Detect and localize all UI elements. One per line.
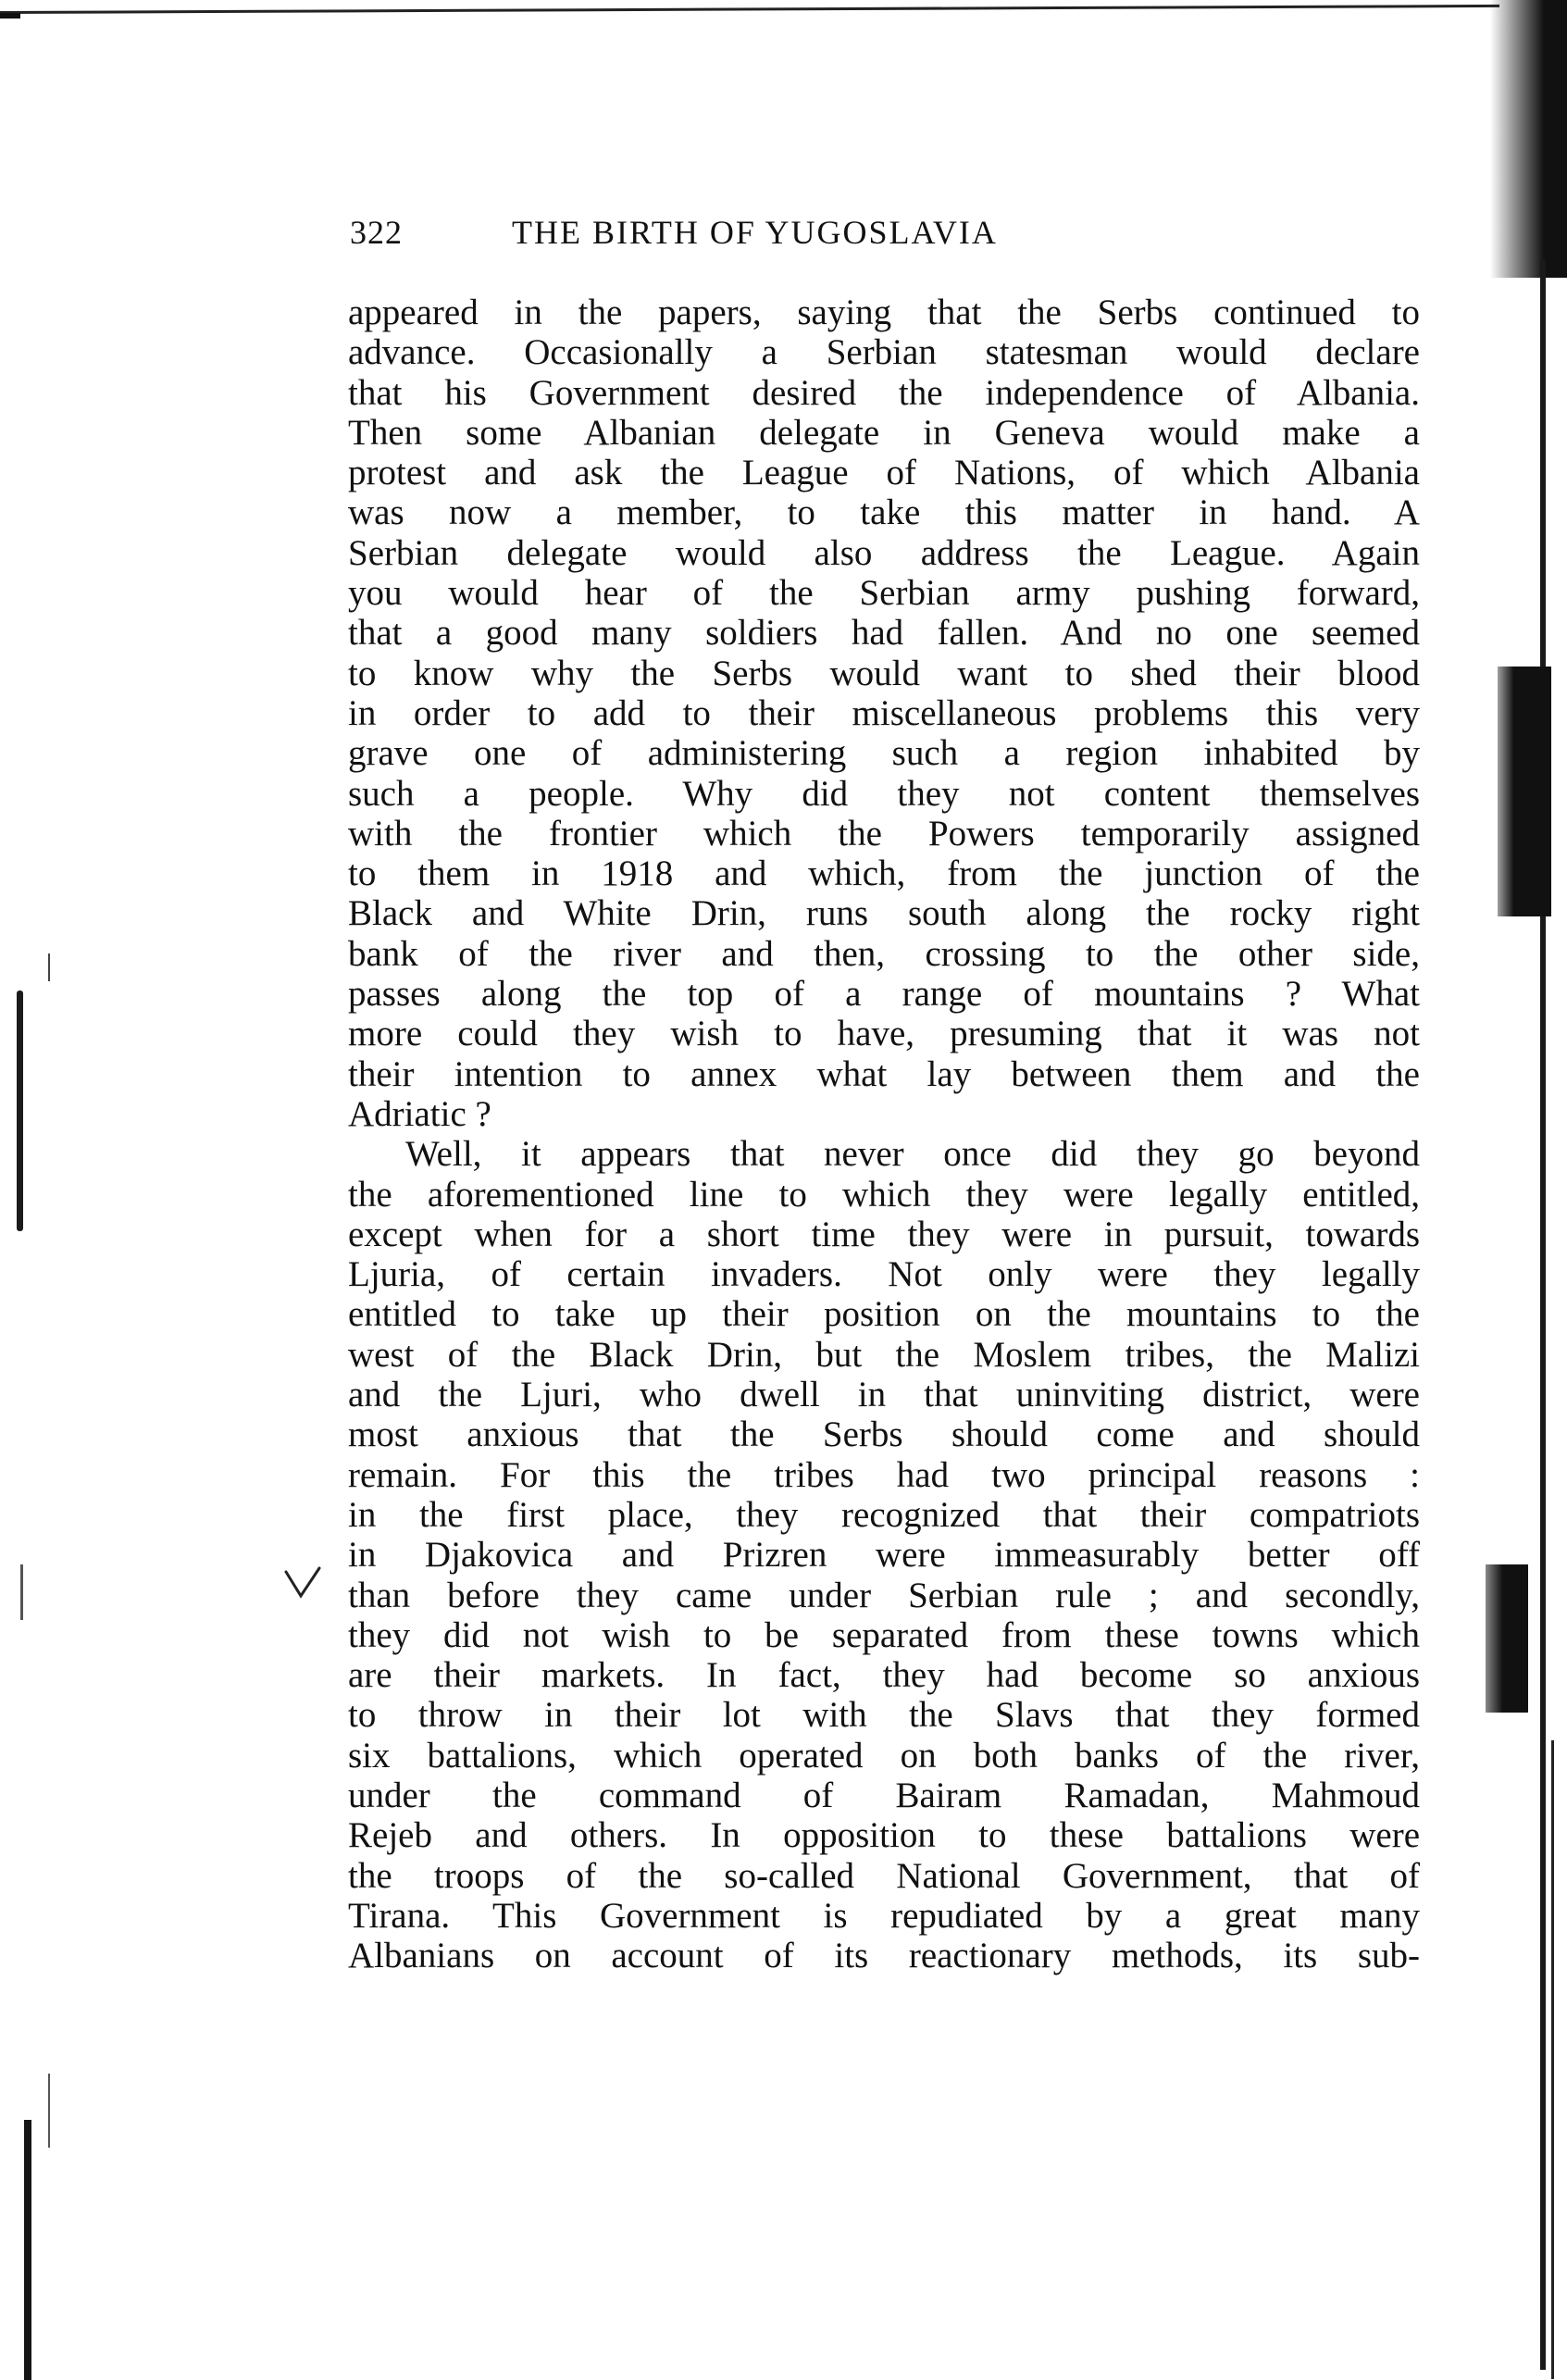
text-line: they did not wish to be separated from t… bbox=[348, 1615, 1420, 1655]
text-line: advance. Occasionally a Serbian statesma… bbox=[348, 332, 1420, 372]
text-line: Well, it appears that never once did the… bbox=[348, 1134, 1420, 1174]
text-line: Then some Albanian delegate in Geneva wo… bbox=[348, 413, 1420, 453]
text-line: to throw in their lot with the Slavs tha… bbox=[348, 1695, 1420, 1735]
binding-shadow-lower bbox=[1486, 1564, 1528, 1713]
text-line: you would hear of the Serbian army pushi… bbox=[348, 573, 1420, 613]
text-line: are their markets. In fact, they had bec… bbox=[348, 1655, 1420, 1695]
text-line: bank of the river and then, crossing to … bbox=[348, 934, 1420, 974]
text-line: Ljuria, of certain invaders. Not only we… bbox=[348, 1254, 1420, 1294]
text-line: was now a member, to take this matter in… bbox=[348, 492, 1420, 532]
paragraph-1: appeared in the papers, saying that the … bbox=[348, 293, 1420, 1134]
text-line: Serbian delegate would also address the … bbox=[348, 533, 1420, 573]
text-line: and the Ljuri, who dwell in that uninvit… bbox=[348, 1375, 1420, 1414]
text-line: six battalions, which operated on both b… bbox=[348, 1736, 1420, 1776]
left-page-edge-mark bbox=[17, 991, 23, 1231]
text-line: that his Government desired the independ… bbox=[348, 373, 1420, 413]
text-line: passes along the top of a range of mount… bbox=[348, 974, 1420, 1014]
paragraph-2: Well, it appears that never once did the… bbox=[348, 1134, 1420, 1975]
text-line: to them in 1918 and which, from the junc… bbox=[348, 854, 1420, 893]
left-page-edge-mark bbox=[48, 953, 50, 981]
text-line: with the frontier which the Powers tempo… bbox=[348, 814, 1420, 854]
book-page: 322 THE BIRTH OF YUGOSLAVIA appeared in … bbox=[0, 0, 1567, 2380]
page-number: 322 bbox=[350, 213, 403, 252]
text-line: Adriatic ? bbox=[348, 1094, 1420, 1134]
left-page-edge-mark bbox=[20, 1564, 23, 1620]
binding-shadow-top bbox=[1490, 0, 1567, 278]
text-line: appeared in the papers, saying that the … bbox=[348, 293, 1420, 332]
checkmark-icon bbox=[282, 1564, 324, 1601]
running-head: 322 THE BIRTH OF YUGOSLAVIA bbox=[350, 213, 1414, 259]
text-line: to know why the Serbs would want to shed… bbox=[348, 654, 1420, 693]
text-line: in Djakovica and Prizren were immeasurab… bbox=[348, 1535, 1420, 1575]
text-line: except when for a short time they were i… bbox=[348, 1215, 1420, 1254]
text-line: than before they came under Serbian rule… bbox=[348, 1576, 1420, 1615]
text-line: under the command of Bairam Ramadan, Mah… bbox=[348, 1776, 1420, 1815]
text-line: the aforementioned line to which they we… bbox=[348, 1175, 1420, 1215]
text-line: more could they wish to have, presuming … bbox=[348, 1014, 1420, 1053]
binding-edge-lower bbox=[1551, 1740, 1554, 2379]
body-text: appeared in the papers, saying that the … bbox=[348, 293, 1420, 1975]
text-line: Black and White Drin, runs south along t… bbox=[348, 893, 1420, 933]
text-line: the troops of the so-called National Gov… bbox=[348, 1856, 1420, 1896]
text-line: that a good many soldiers had fallen. An… bbox=[348, 613, 1420, 653]
text-line: Rejeb and others. In opposition to these… bbox=[348, 1815, 1420, 1855]
left-page-edge-mark bbox=[24, 2120, 31, 2380]
left-page-edge-mark bbox=[48, 2074, 50, 2148]
text-line: Tirana. This Government is repudiated by… bbox=[348, 1896, 1420, 1936]
text-line: Albanians on account of its reactionary … bbox=[348, 1936, 1420, 1975]
text-line: protest and ask the League of Nations, o… bbox=[348, 453, 1420, 492]
text-line: most anxious that the Serbs should come … bbox=[348, 1414, 1420, 1454]
text-line: in order to add to their miscellaneous p… bbox=[348, 693, 1420, 733]
book-title: THE BIRTH OF YUGOSLAVIA bbox=[512, 213, 998, 252]
text-line: in the first place, they recognized that… bbox=[348, 1495, 1420, 1535]
binding-shadow-middle bbox=[1498, 667, 1551, 916]
page-corner-shadow bbox=[0, 13, 20, 19]
text-line: entitled to take up their position on th… bbox=[348, 1294, 1420, 1334]
text-line: such a people. Why did they not content … bbox=[348, 774, 1420, 814]
text-line: west of the Black Drin, but the Moslem t… bbox=[348, 1335, 1420, 1375]
page-top-edge bbox=[0, 5, 1499, 14]
text-line: remain. For this the tribes had two prin… bbox=[348, 1455, 1420, 1495]
text-line: their intention to annex what lay betwee… bbox=[348, 1054, 1420, 1094]
binding-edge bbox=[1540, 259, 1546, 2370]
text-line: grave one of administering such a region… bbox=[348, 733, 1420, 773]
